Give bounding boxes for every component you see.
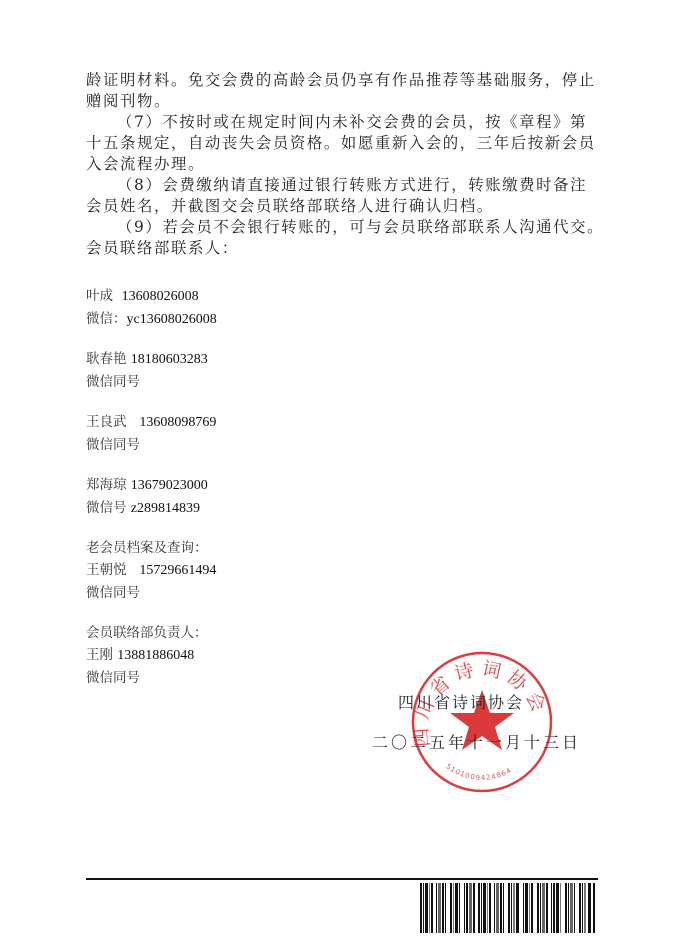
contact-ye-cheng: 叶成 13608026008 微信：yc13608026008	[86, 285, 217, 331]
svg-text:5101009424864: 5101009424864	[444, 762, 513, 782]
contact-phone: 13881886048	[117, 648, 194, 663]
body-text: 龄证明材料。免交会费的高龄会员仍享有作品推荐等基础服务，停止 赠阅刊物。 （7）…	[86, 70, 606, 259]
contact-name: 王刚	[86, 647, 113, 663]
wechat-id: yc13608026008	[127, 312, 217, 327]
contact-phone: 18180603283	[131, 352, 208, 367]
contact-name: 叶成	[86, 288, 113, 304]
contact-name: 郑海琼	[86, 477, 127, 493]
wechat-label: 微信：	[86, 311, 127, 327]
text-line: （9）若会员不会银行转账的，可与会员联络部联系人沟通代交。	[86, 217, 606, 238]
contact-name: 王朝悦	[86, 562, 127, 578]
contact-zheng-haiqiong: 郑海琼 13679023000 微信号 z289814839	[86, 474, 208, 520]
archive-heading: 老会员档案及查询：	[86, 537, 216, 559]
signature-org: 四川省诗词协会	[398, 690, 524, 713]
text-line: 入会流程办理。	[86, 154, 606, 175]
contact-phone: 13608098769	[139, 415, 216, 430]
contact-phone: 15729661494	[139, 563, 216, 578]
contact-name: 耿春艳	[86, 351, 127, 367]
wechat-id: z289814839	[131, 501, 200, 516]
text-line: 会员联络部联系人：	[86, 238, 606, 259]
wechat-label: 微信同号	[86, 371, 208, 393]
wechat-label: 微信同号	[86, 582, 216, 604]
director-contact: 会员联络部负责人： 王刚 13881886048 微信同号	[86, 622, 208, 689]
barcode-icon	[420, 883, 596, 933]
contact-wang-liangwu: 王良武 13608098769 微信同号	[86, 411, 216, 456]
text-line: 赠阅刊物。	[86, 91, 606, 112]
director-heading: 会员联络部负责人：	[86, 622, 208, 644]
contact-geng-chunyan: 耿春艳 18180603283 微信同号	[86, 348, 208, 393]
wechat-label: 微信号	[86, 500, 131, 516]
text-line: 十五条规定，自动丧失会员资格。如愿重新入会的，三年后按新会员	[86, 133, 606, 154]
footer-divider	[86, 878, 598, 880]
archive-contact: 老会员档案及查询： 王朝悦 15729661494 微信同号	[86, 537, 216, 604]
contact-phone: 13679023000	[131, 478, 208, 493]
contact-phone: 13608026008	[122, 289, 199, 304]
wechat-label: 微信同号	[86, 434, 216, 456]
text-line: 龄证明材料。免交会费的高龄会员仍享有作品推荐等基础服务，停止	[86, 70, 606, 91]
signature-date: 二〇二五年十一月十三日	[372, 730, 581, 753]
text-line: （8）会费缴纳请直接通过银行转账方式进行，转账缴费时备注	[86, 175, 606, 196]
official-seal-icon: 四川省诗词协会 5101009424864	[410, 650, 554, 794]
text-line: 会员姓名，并截图交会员联络部联络人进行确认归档。	[86, 196, 606, 217]
contact-name: 王良武	[86, 414, 127, 430]
text-line: （7）不按时或在规定时间内未补交会费的会员，按《章程》第	[86, 112, 606, 133]
wechat-label: 微信同号	[86, 667, 208, 689]
